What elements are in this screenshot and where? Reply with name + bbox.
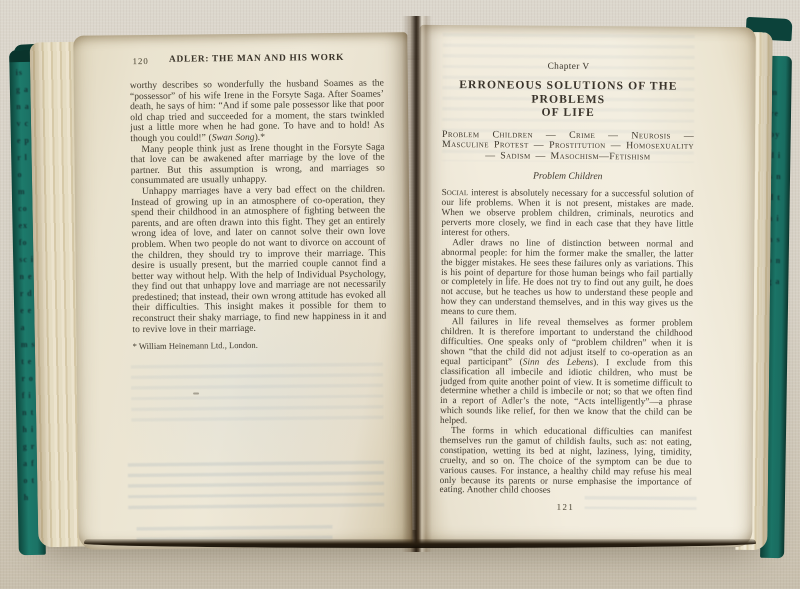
- book-title-italic: Sinn des Lebens: [523, 357, 594, 367]
- right-page-body: Social interest is absolutely necessary …: [440, 189, 694, 498]
- book-bottom-edge: [84, 539, 756, 548]
- paper-blemish: [193, 392, 199, 394]
- paragraph: Unhappy marriages have a very bad effect…: [131, 184, 387, 335]
- running-head-title: ADLER: THE MAN AND HIS WORK: [130, 53, 384, 66]
- section-heading: Problem Children: [442, 170, 694, 183]
- chapter-title: ERRONEOUS SOLUTIONS OF THE PROBLEMS OF L…: [442, 78, 694, 120]
- book-gutter-shadow: [402, 16, 432, 552]
- show-through-text: [131, 363, 384, 424]
- show-through-text: [128, 461, 384, 512]
- book-title-italic: Swan Song: [212, 132, 255, 143]
- paragraph-text: ).*: [255, 132, 266, 143]
- paragraph-text: interest is absolutely necessary for a s…: [441, 188, 693, 238]
- right-page: Chapter V ERRONEOUS SOLUTIONS OF THE PRO…: [416, 25, 756, 547]
- paragraph: All failures in life reveal themselves a…: [440, 318, 693, 429]
- lead-word-smallcaps: Social: [442, 188, 469, 198]
- chapter-subtitle: Problem Children — Crime — Neurosis — Ma…: [442, 129, 694, 163]
- right-page-number: 121: [439, 501, 691, 513]
- paragraph: Social interest is absolutely necessary …: [441, 189, 693, 240]
- chapter-title-line1: ERRONEOUS SOLUTIONS OF THE PROBLEMS: [459, 78, 677, 106]
- paragraph: Many people think just as Irene thought …: [130, 142, 384, 187]
- paragraph: Adler draws no line of distinction betwe…: [441, 239, 694, 320]
- paragraph: The forms in which educational difficult…: [440, 427, 692, 498]
- chapter-label: Chapter V: [442, 61, 694, 73]
- paragraph: worthy describes so wonderfully the husb…: [130, 79, 385, 145]
- open-book-photo: is g an av ce pr lo m co ex fo sc in er …: [0, 0, 800, 589]
- chapter-title-line2: OF LIFE: [541, 106, 594, 119]
- left-running-header: 120 ADLER: THE MAN AND HIS WORK: [130, 53, 384, 69]
- paragraph-text: ). I exclude from this classification al…: [440, 358, 692, 427]
- left-page: 120 ADLER: THE MAN AND HIS WORK worthy d…: [73, 32, 412, 549]
- left-page-body: worthy describes so wonderfully the husb…: [130, 79, 387, 336]
